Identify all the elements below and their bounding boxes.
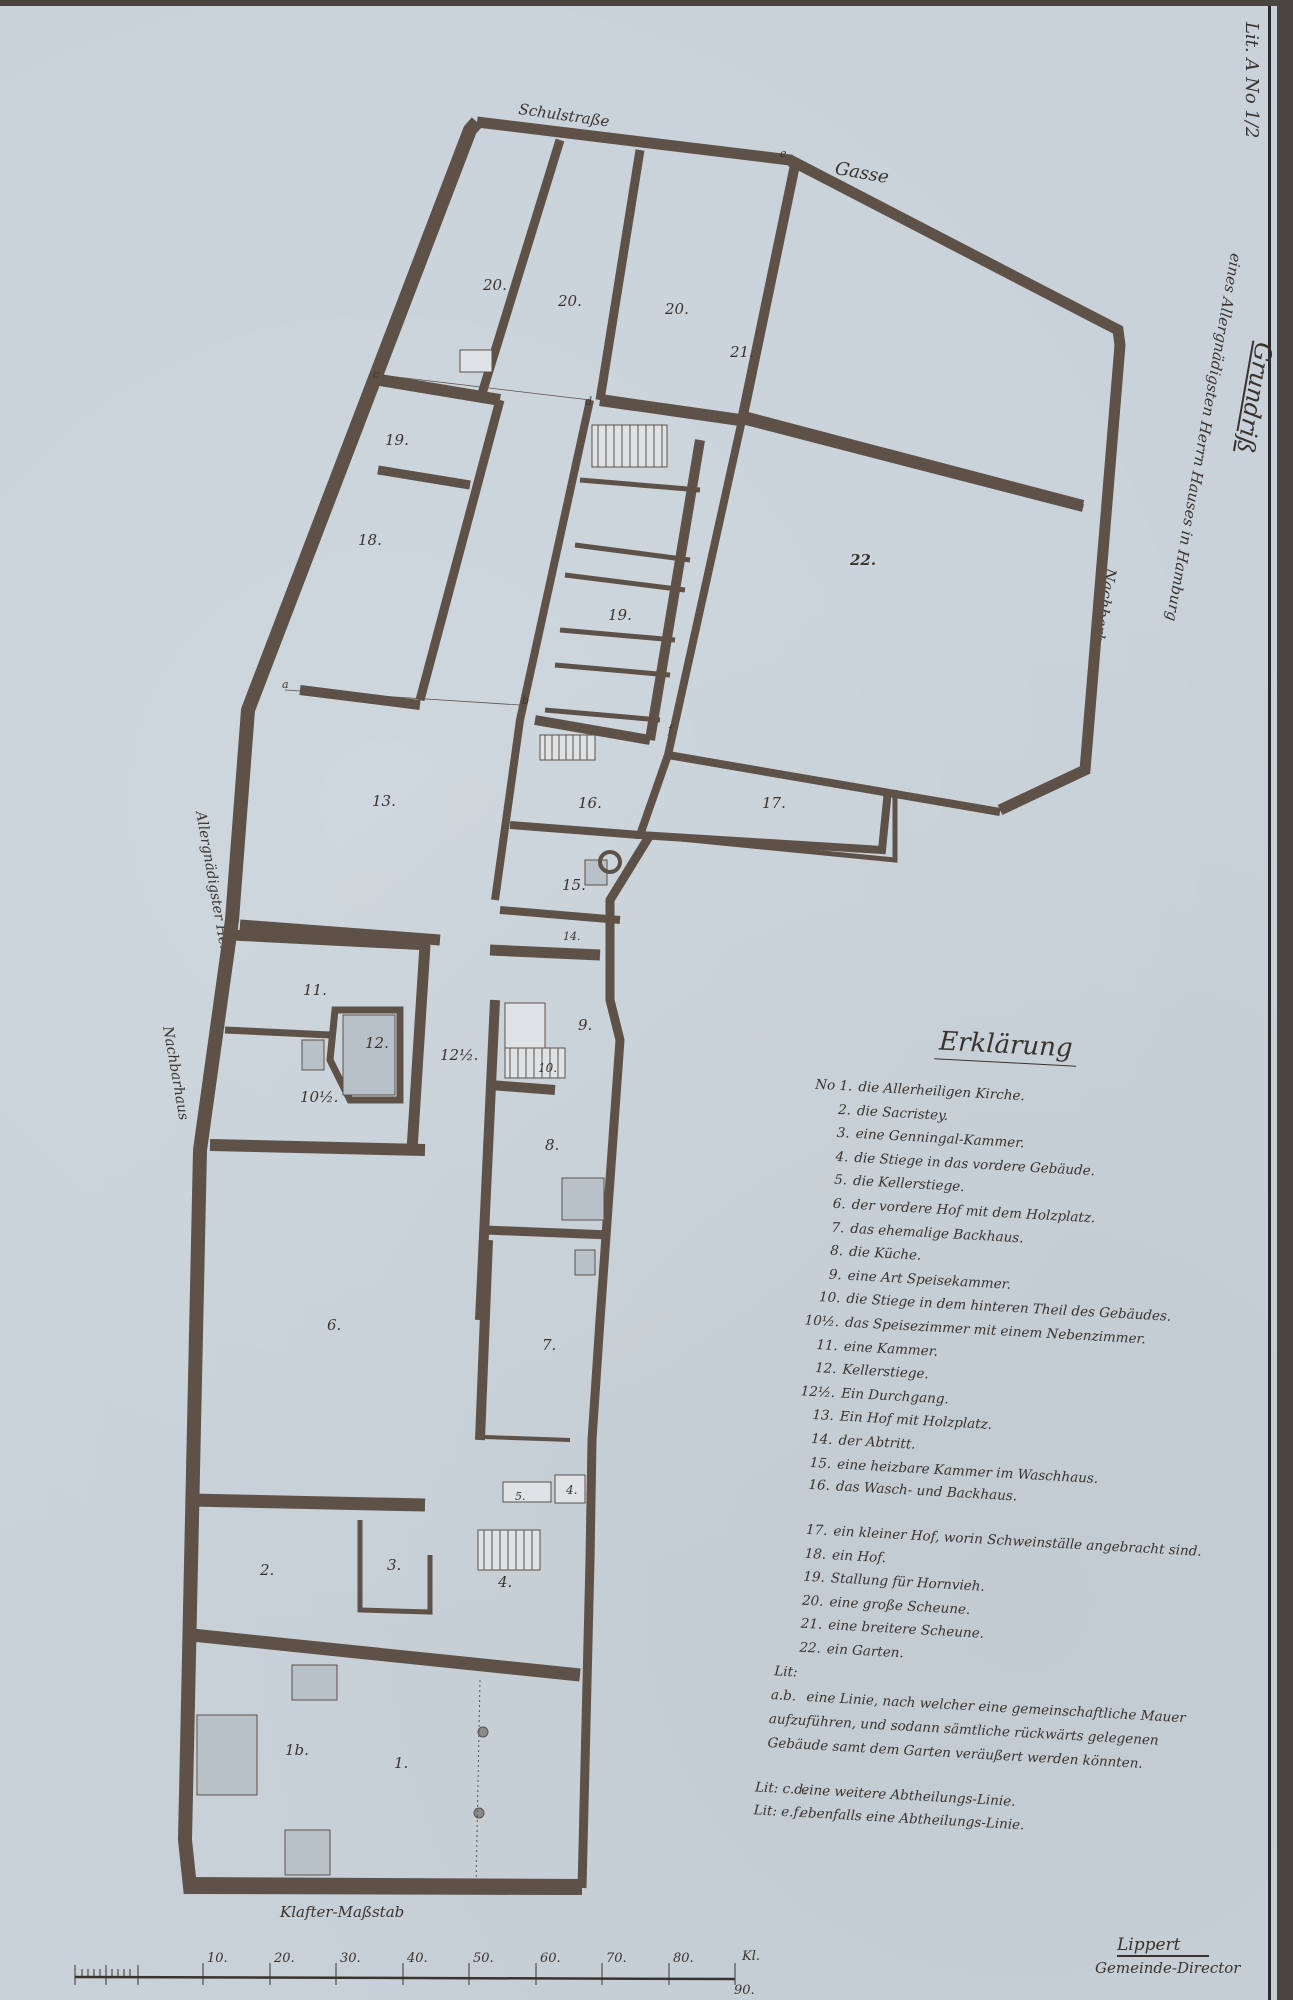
scale-tick-60: 60.	[540, 1951, 561, 1966]
room-label-20c: 20.	[664, 300, 689, 318]
room-label-19b: 19.	[608, 606, 632, 624]
scale-tick-50: 50.	[473, 1951, 494, 1966]
wall-10h-bottom	[210, 1145, 425, 1150]
room-label-16: 16.	[578, 794, 602, 812]
signature-name: Lippert	[1117, 1935, 1209, 1957]
marker-b: b	[522, 694, 529, 707]
wall-11-right	[412, 945, 425, 1150]
wall-7-bottom	[485, 1437, 570, 1440]
legend-title: Erklärung	[934, 1026, 1077, 1066]
room-label-9: 9.	[578, 1016, 592, 1034]
wall-6-bottom	[190, 1500, 425, 1505]
room-label-4b: 4.	[497, 1573, 512, 1591]
stove-15	[585, 860, 607, 885]
room-label-10: 10.	[538, 1061, 557, 1075]
room-label-15: 15.	[562, 876, 586, 894]
room-label-20a: 20.	[482, 276, 507, 294]
room-label-1b: 1b.	[285, 1741, 309, 1759]
wall-21-left	[742, 165, 795, 420]
room-label-6: 6.	[327, 1316, 341, 1334]
room-label-2: 2.	[259, 1561, 274, 1579]
marker-e: e	[780, 147, 787, 160]
room-label-11: 11.	[303, 981, 327, 999]
stair-20	[460, 350, 492, 372]
altar-1c	[285, 1830, 330, 1875]
room-label-13: 13.	[372, 792, 396, 810]
room-label-4a: 4.	[565, 1483, 577, 1497]
scale-tick-80: 80.	[673, 1951, 694, 1966]
column-1a	[478, 1727, 488, 1737]
signature: Lippert Gemeinde-Director	[1095, 1935, 1240, 1977]
corridor-wall-left	[420, 400, 500, 700]
room-label-14: 14.	[563, 930, 581, 943]
stove-7	[575, 1250, 595, 1275]
street-line-top	[477, 122, 790, 160]
marker-d: d	[585, 395, 592, 408]
altar-1a	[197, 1715, 257, 1795]
room-label-8: 8.	[545, 1136, 559, 1154]
scale-tick-40: 40.	[407, 1951, 428, 1966]
wall-8-bottom	[485, 1230, 610, 1235]
scale-ruler	[70, 1905, 790, 1985]
wall-21-22	[740, 415, 1083, 505]
room-label-19a: 19.	[385, 431, 409, 449]
wall-20-d	[600, 400, 740, 420]
room-label-21: 21.	[729, 343, 754, 361]
scale-tick-20: 20.	[274, 1951, 295, 1966]
column-1b	[474, 1808, 484, 1818]
stair-5	[503, 1482, 551, 1502]
altar-1b	[292, 1665, 337, 1700]
wall-19-18	[378, 470, 470, 485]
marker-a: a	[282, 678, 289, 691]
wall-11-bottom	[225, 1030, 330, 1035]
room-label-5: 5.	[515, 1490, 526, 1503]
room-label-20b: 20.	[557, 292, 582, 310]
room-label-1: 1.	[394, 1754, 408, 1772]
stair-treads	[484, 425, 662, 1570]
room-label-3: 3.	[387, 1556, 401, 1574]
wall-9-bottom	[490, 1085, 555, 1090]
legend: Erklärung No 1.die Allerheiligen Kirche.…	[805, 1030, 1265, 1825]
room-label-22: 22.	[849, 551, 876, 569]
scale-tick-70: 70.	[606, 1951, 627, 1966]
legend-list: No 1.die Allerheiligen Kirche. 2.die Sac…	[763, 1073, 1264, 1849]
outer-wall-right-lower	[582, 835, 650, 1888]
scale-tick-30: 30.	[340, 1951, 361, 1966]
wall-2-1	[192, 1635, 580, 1675]
wall-20-b	[600, 150, 640, 400]
scale-unit: Kl.	[742, 1949, 760, 1964]
room-label-18: 18.	[358, 531, 382, 549]
wall-14-bottom	[490, 950, 600, 955]
wall-15-bottom	[500, 910, 620, 920]
room-label-12: 12.	[365, 1034, 389, 1052]
stove-10h	[302, 1040, 324, 1070]
room-label-7: 7.	[542, 1336, 556, 1354]
marker-c: c	[373, 368, 379, 381]
signature-title: Gemeinde-Director	[1095, 1959, 1240, 1977]
scale-tick-90: 90.	[734, 1983, 755, 1998]
stair-10	[505, 1003, 545, 1048]
stair-4b	[478, 1530, 540, 1570]
wall-1-bottom	[185, 1885, 582, 1887]
room-label-10h: 10½.	[300, 1088, 338, 1106]
scale-bar: Klafter-Maßstab 10. 20. 30. 40. 50. 60. …	[70, 1905, 790, 1985]
room-label-12h: 12½.	[440, 1046, 478, 1064]
colonnade-line-1	[476, 1680, 480, 1885]
wall-15-top	[510, 825, 640, 835]
stove-8	[562, 1178, 604, 1220]
room-label-17: 17.	[762, 794, 786, 812]
scale-tick-10: 10.	[207, 1951, 228, 1966]
stair-12	[343, 1015, 395, 1095]
